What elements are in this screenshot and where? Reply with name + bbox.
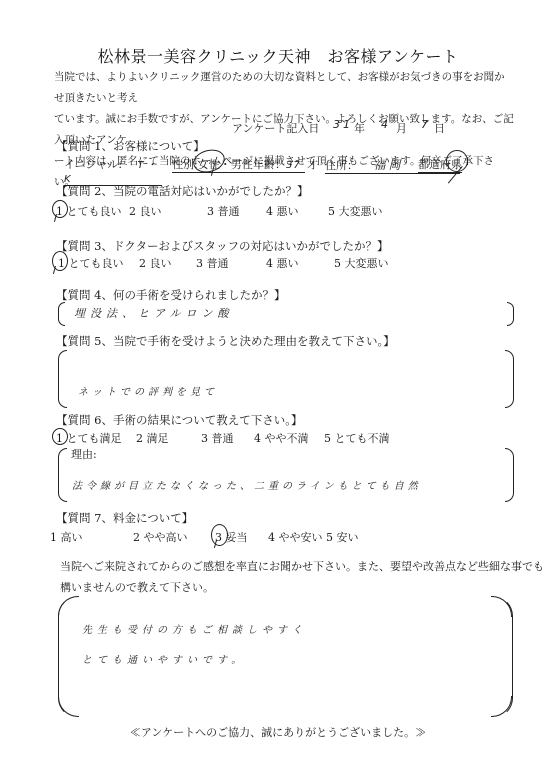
comments-answer-line: とても通いやすいです。 — [82, 646, 307, 676]
q3-heading: 【質問 3、ドクターおよびスタッフの対応はいかがでしたか？】 — [56, 238, 389, 254]
q6-option-4[interactable]: 4 やや不満 — [254, 430, 309, 446]
q4-answer[interactable]: 埋没法、ヒアルロン酸 — [74, 305, 234, 321]
q6-bracket-right — [505, 448, 514, 502]
footer-thanks: ≪アンケートへのご協力、誠にありがとうございました。≫ — [0, 724, 556, 740]
q1-heading: 【質問 1、お客様について】 — [56, 138, 205, 154]
comments-prompt: 当院へご来院されてからのご感想を率直にお聞かせ下さい。また、要望や改善点など些細… — [60, 556, 544, 598]
q2-option-4[interactable]: 4 悪い — [266, 203, 299, 219]
q7-option-1[interactable]: 1 高い — [50, 529, 83, 545]
q5-answer[interactable]: ネットでの評判を見て — [78, 383, 218, 398]
initial-field[interactable]: イニシャル: T・K — [64, 156, 162, 186]
age-label: 年齢： — [253, 158, 286, 171]
comments-box-corner — [491, 696, 512, 717]
q6-reason-label: 理由: — [71, 446, 97, 462]
q7-selected-circle — [211, 524, 228, 546]
q2-option-2[interactable]: 2 良い — [129, 203, 162, 219]
q2-option-3[interactable]: 3 普通 — [207, 203, 240, 219]
q6-option-3[interactable]: 3 普通 — [201, 430, 234, 446]
q6-option-2[interactable]: 2 満足 — [136, 430, 169, 446]
comments-answer[interactable]: 先生も受付の方もご相談しやすく とても通いやすいです。 — [82, 616, 307, 676]
comments-box-corner — [58, 596, 79, 617]
q3-option-2[interactable]: 2 良い — [139, 255, 172, 271]
q4-bracket-right — [507, 302, 514, 326]
q7-option-4[interactable]: 4 やや安い — [268, 529, 323, 545]
q7-heading: 【質問 7、料金について】 — [56, 510, 193, 526]
comments-box-corner — [58, 696, 79, 717]
q6-heading: 【質問 6、手術の結果について教えて下さい。】 — [56, 412, 303, 428]
q6-bracket-left — [58, 448, 67, 502]
entry-month-unit: 月 — [396, 120, 407, 136]
q3-option-3[interactable]: 3 普通 — [196, 255, 229, 271]
entry-month-value[interactable]: 4 — [381, 118, 391, 131]
address-label: 住所： — [325, 159, 358, 172]
age-field[interactable]: 年齢：37 — [253, 156, 305, 173]
q6-option-5[interactable]: 5 とても不満 — [324, 430, 390, 446]
comments-answer-line: 先生も受付の方もご相談しやすく — [82, 616, 307, 646]
intro-line: 当院では、よりよいクリニック運営のための大切な資料として、お客様がお気づきの事を… — [54, 67, 514, 109]
survey-title: 松林景一美容クリニック天神 お客様アンケート — [0, 44, 556, 67]
address-value: 福岡 — [374, 158, 404, 172]
q3-option-5[interactable]: 5 大変悪い — [334, 255, 389, 271]
comments-prompt-line: 当院へご来院されてからのご感想を率直にお聞かせ下さい。また、要望や改善点など些細… — [60, 556, 544, 577]
initial-label: イニシャル: — [64, 158, 122, 171]
q4-bracket-left — [58, 302, 65, 326]
q5-heading: 【質問 5、当院で手術を受けようと決めた理由を教えて下さい。】 — [56, 333, 395, 349]
comments-prompt-line: 構いませんので教えて下さい。 — [60, 577, 544, 598]
entry-year-unit: 年 — [354, 120, 365, 136]
comments-box-corner — [491, 596, 512, 617]
q3-option-4[interactable]: 4 悪い — [266, 255, 299, 271]
entry-year-value[interactable]: 31 — [333, 118, 353, 131]
q2-heading: 【質問 2、当院の電話対応はいかがでしたか？】 — [56, 183, 308, 199]
q6-selected-circle — [52, 428, 68, 445]
q2-option-5[interactable]: 5 大変悪い — [328, 203, 383, 219]
age-value: 37 — [286, 160, 301, 171]
entry-date-label: アンケート記入日 — [232, 120, 319, 136]
q5-bracket-left — [58, 350, 67, 408]
gender-option-male[interactable]: 男性 — [231, 158, 253, 171]
prefecture-selected-circle — [446, 150, 468, 172]
q7-option-2[interactable]: 2 やや高い — [133, 529, 188, 545]
entry-day-unit: 日 — [434, 120, 445, 136]
q4-heading: 【質問 4、何の手術を受けられましたか？】 — [56, 287, 285, 303]
q6-reason-answer[interactable]: 法令線が目立たなくなった、二重のラインもとても自然 — [72, 477, 422, 492]
q5-bracket-right — [505, 350, 514, 408]
age-unit: 才 — [307, 156, 318, 172]
q7-option-5[interactable]: 5 安い — [326, 529, 359, 545]
entry-day-value[interactable]: 7 — [421, 118, 431, 131]
